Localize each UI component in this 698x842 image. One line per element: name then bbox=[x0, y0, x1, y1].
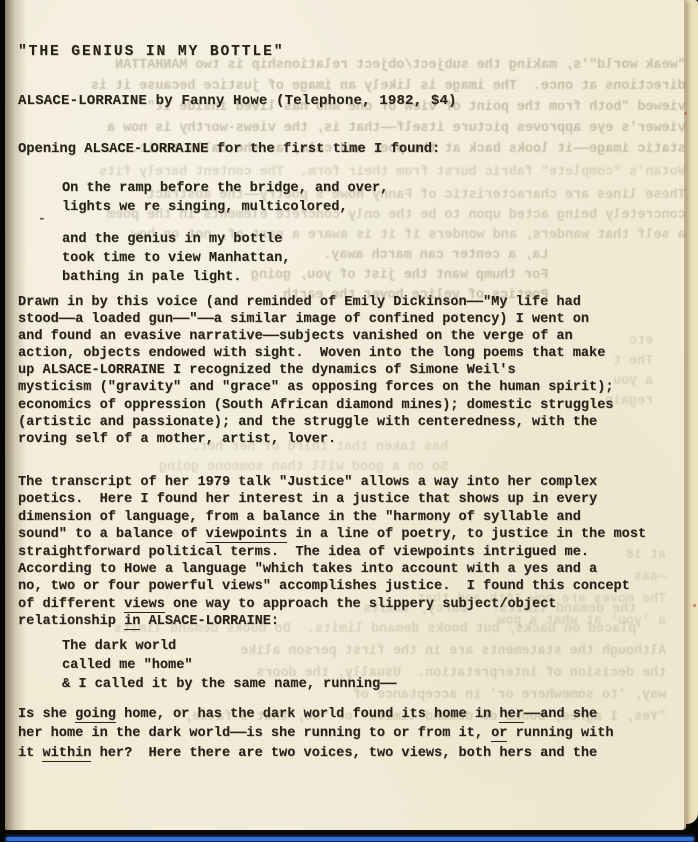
underlined-word: views bbox=[124, 597, 165, 613]
text-line: action, objects endowed with sight. Wove… bbox=[18, 345, 614, 362]
text-line: (artistic and passionate); and the strug… bbox=[18, 414, 614, 431]
stray-typed-mark: - bbox=[38, 211, 46, 226]
text-line: and the genius in my bottle bbox=[62, 230, 290, 249]
text-line: straightforward political terms. The ide… bbox=[18, 544, 646, 561]
poem-quote-1-stanza-1: On the ramp before the bridge, and over,… bbox=[62, 179, 388, 218]
text-line: no, two or four powerful views" accompli… bbox=[18, 578, 646, 595]
typewritten-content: "THE GENIUS IN MY BOTTLE" ALSACE-LORRAIN… bbox=[0, 0, 698, 842]
text-line: took time to view Manhattan, bbox=[62, 249, 290, 268]
text-line: it within her? Here there are two voices… bbox=[18, 744, 614, 763]
text-line: up ALSACE-LORRAINE I recognized the dyna… bbox=[18, 362, 614, 379]
text-line: of different views one way to approach t… bbox=[18, 596, 646, 613]
text-line: relationship in ALSACE-LORRAINE: bbox=[18, 613, 646, 630]
underlined-word: within bbox=[42, 746, 91, 762]
underlined-word: viewpoints bbox=[206, 527, 288, 543]
underlined-word: in bbox=[124, 614, 140, 630]
review-title: "THE GENIUS IN MY BOTTLE" bbox=[18, 44, 284, 60]
book-byline: ALSACE-LORRAINE by Fanny Howe (Telephone… bbox=[18, 93, 457, 109]
text-line: stood——a loaded gun——"——a similar image … bbox=[18, 311, 614, 328]
text-line: & I called it by the same name, running—… bbox=[62, 676, 396, 695]
text-line: and found an evasive narrative——subjects… bbox=[18, 328, 614, 345]
paragraph-1: Drawn in by this voice (and reminded of … bbox=[18, 294, 614, 448]
text-line: called me "home" bbox=[62, 657, 396, 676]
text-line: economics of oppression (South African d… bbox=[18, 397, 614, 414]
underlined-word: going bbox=[75, 707, 116, 723]
paragraph-3: Is she going home, or has the dark world… bbox=[18, 705, 614, 763]
text-line: dimension of language, from a balance in… bbox=[18, 509, 646, 526]
underlined-word: her bbox=[499, 707, 523, 723]
text-line: The dark world bbox=[62, 638, 396, 657]
text-line: sound" to a balance of viewpoints in a l… bbox=[18, 526, 646, 543]
red-ink-speck bbox=[684, 112, 687, 115]
red-ink-speck bbox=[693, 604, 696, 607]
text-line: lights we re singing, multicolored, bbox=[62, 198, 388, 217]
scanned-page: "weak world"'s, making the subject/objec… bbox=[0, 0, 698, 842]
text-line: mysticism ("gravity" and "grace" as oppo… bbox=[18, 379, 614, 396]
text-line: The transcript of her 1979 talk "Justice… bbox=[18, 474, 646, 491]
text-line: poetics. Here I found her interest in a … bbox=[18, 491, 646, 508]
text-line: bathing in pale light. bbox=[62, 268, 290, 287]
paragraph-2: The transcript of her 1979 talk "Justice… bbox=[18, 474, 646, 631]
poem-quote-2: The dark worldcalled me "home"& I called… bbox=[62, 638, 396, 694]
text-line: On the ramp before the bridge, and over, bbox=[62, 179, 388, 198]
poem-quote-1-stanza-2: and the genius in my bottletook time to … bbox=[62, 230, 290, 287]
underlined-word: or bbox=[491, 726, 507, 742]
opening-line: Opening ALSACE-LORRAINE for the first ti… bbox=[18, 142, 440, 157]
scanner-edge-line bbox=[6, 837, 694, 841]
text-line: Drawn in by this voice (and reminded of … bbox=[18, 294, 614, 311]
text-line: Is she going home, or has the dark world… bbox=[18, 705, 614, 724]
text-line: her home in the dark world——is she runni… bbox=[18, 724, 614, 743]
text-line: roving self of a mother, artist, lover. bbox=[18, 431, 614, 448]
text-line: According to Howe a language "which take… bbox=[18, 561, 646, 578]
